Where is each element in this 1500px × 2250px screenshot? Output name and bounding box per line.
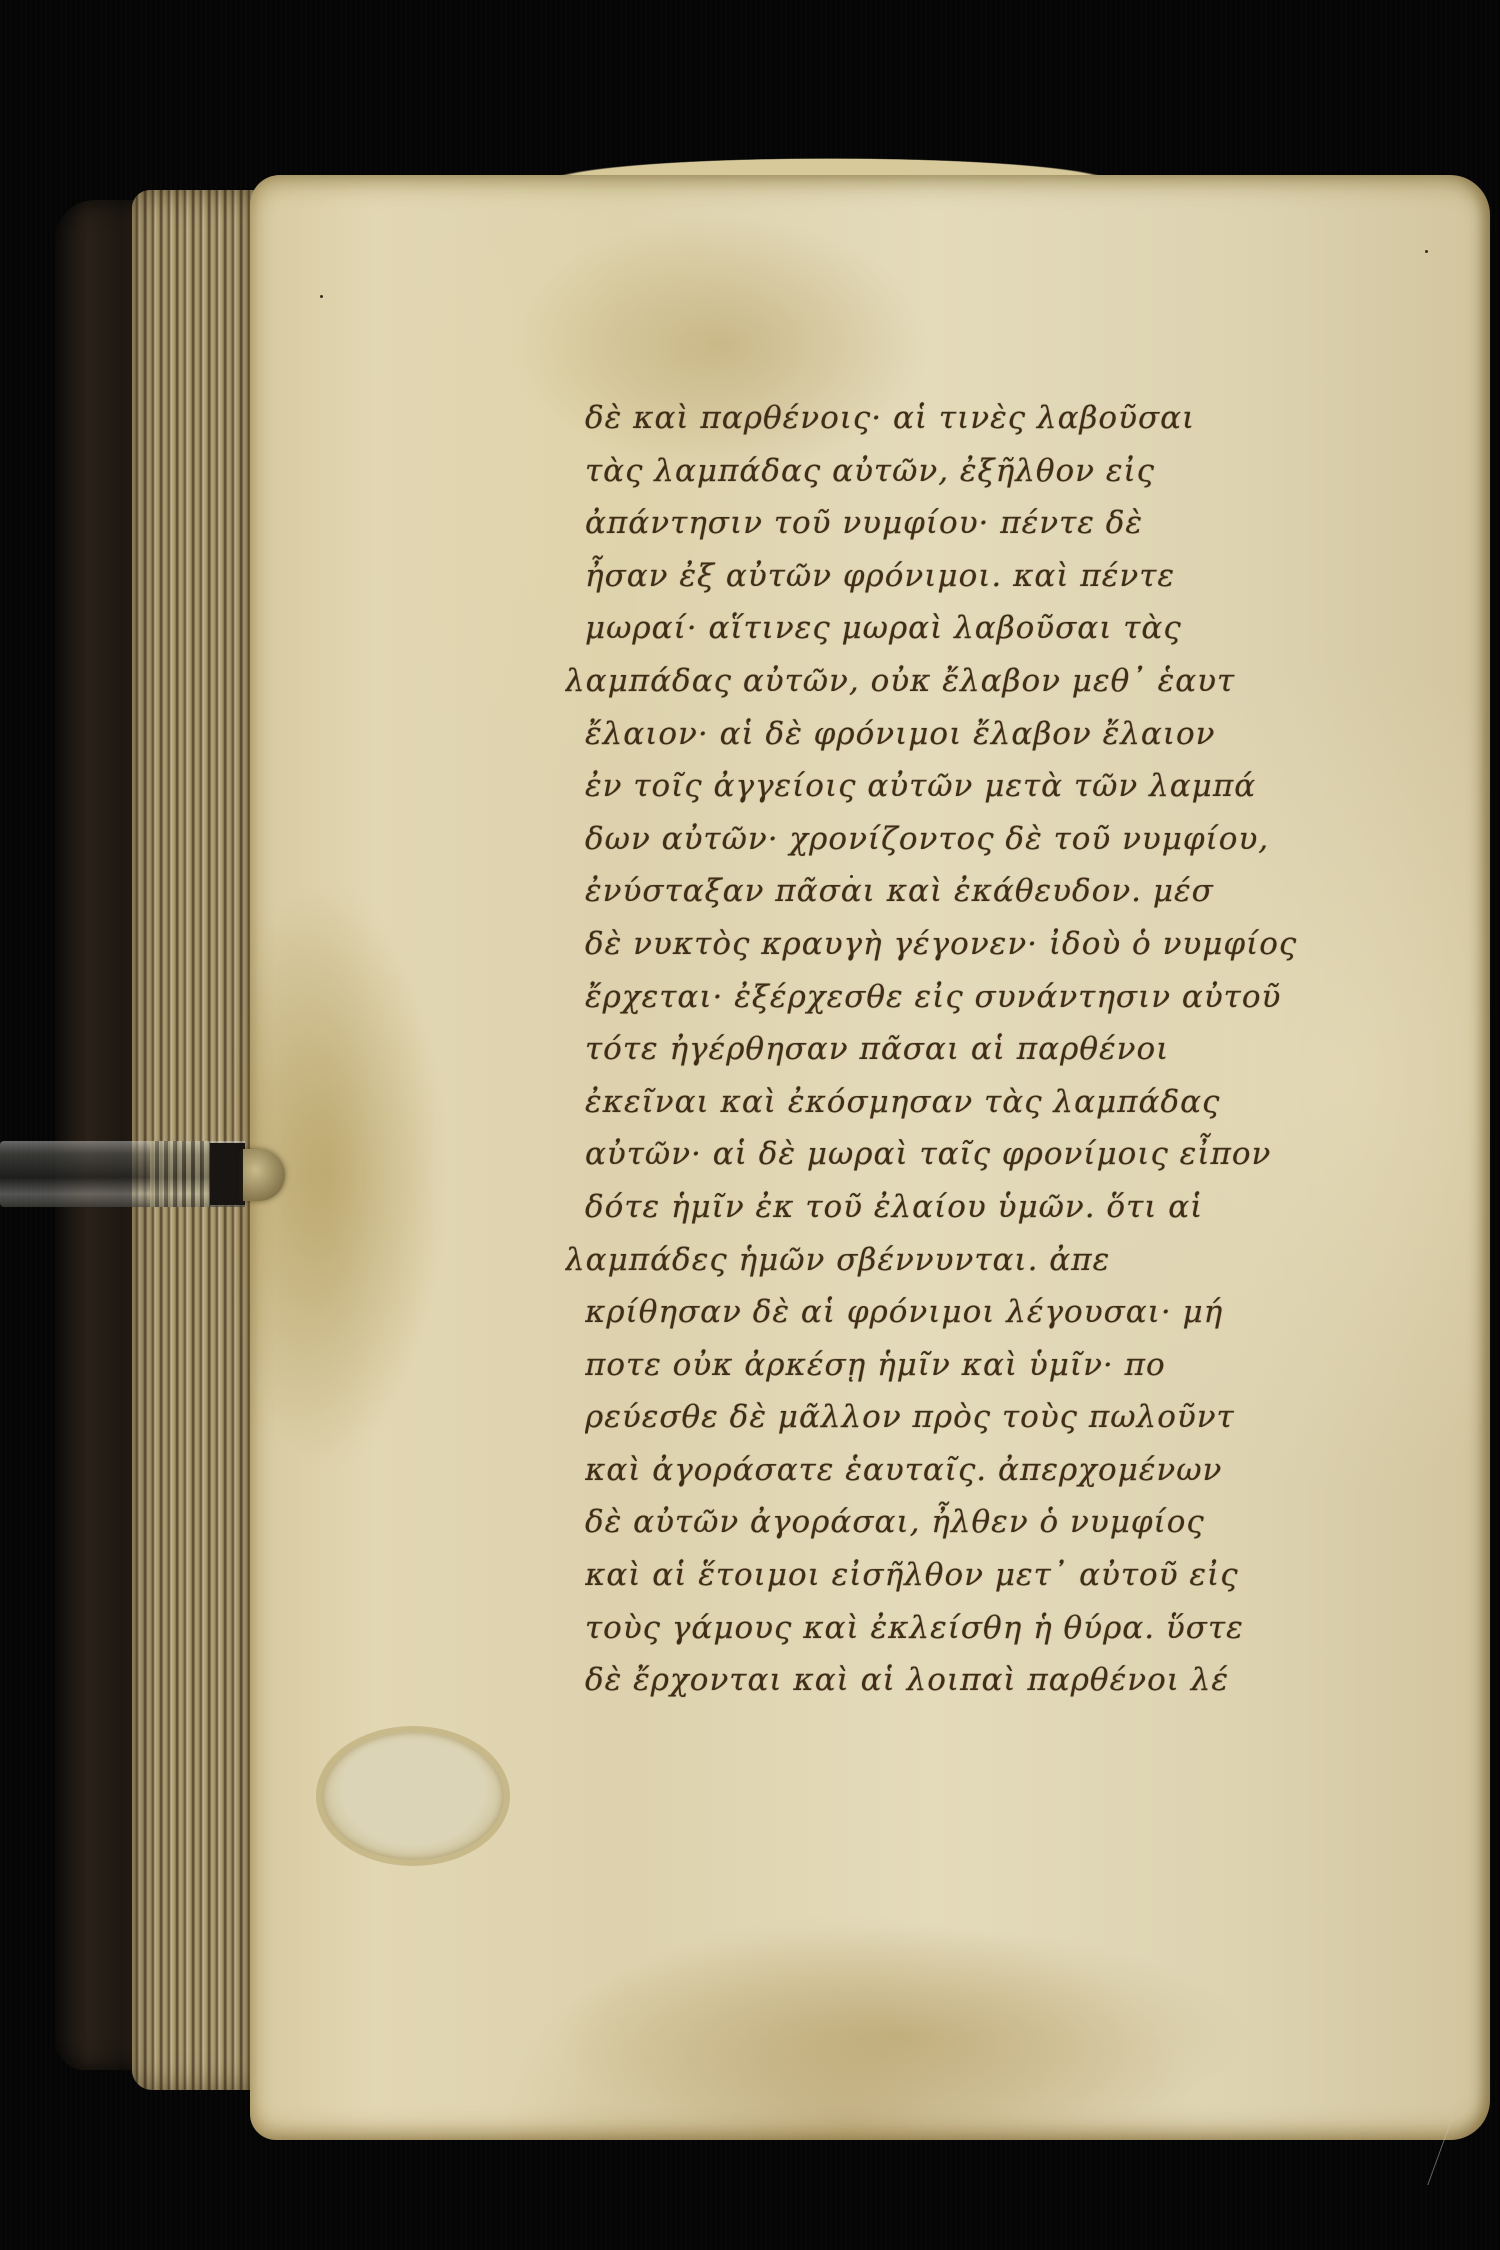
glass-rod-tip — [243, 1149, 285, 1201]
text-line: δὲ αὐτῶν ἀγοράσαι, ἦλθεν ὁ νυμφίος — [585, 1496, 1490, 1549]
text-line: κρίθησαν δὲ αἱ φρόνιμοι λέγουσαι· μή — [585, 1286, 1490, 1339]
glass-rod-clip — [0, 1135, 285, 1211]
repaired-hole-patch — [322, 1732, 504, 1860]
text-line: δότε ἡμῖν ἐκ τοῦ ἐλαίου ὑμῶν. ὅτι αἱ — [585, 1181, 1490, 1234]
text-line: ἀπάντησιν τοῦ νυμφίου· πέντε δὲ — [585, 497, 1490, 550]
text-line: ἐκεῖναι καὶ ἐκόσμησαν τὰς λαμπάδας — [585, 1076, 1490, 1129]
text-line: μωραί· αἵτινες μωραὶ λαβοῦσαι τὰς — [585, 602, 1490, 655]
glass-rod-band — [210, 1143, 245, 1205]
text-line: ἐνύσταξαν πᾶσαι καὶ ἐκάθευδον. μέσ — [585, 865, 1490, 918]
text-line: τὰς λαμπάδας αὐτῶν, ἐξῆλθον εἰς — [585, 445, 1490, 498]
text-line: ἔλαιον· αἱ δὲ φρόνιμοι ἔλαβον ἔλαιον — [585, 708, 1490, 761]
text-line: ρεύεσθε δὲ μᾶλλον πρὸς τοὺς πωλοῦντ — [585, 1391, 1490, 1444]
text-line: αὐτῶν· αἱ δὲ μωραὶ ταῖς φρονίμοις εἶπον — [585, 1128, 1490, 1181]
text-line: ποτε οὐκ ἀρκέσῃ ἡμῖν καὶ ὑμῖν· πο — [585, 1339, 1490, 1392]
text-line: τοὺς γάμους καὶ ἐκλείσθη ἡ θύρα. ὕστε — [585, 1602, 1490, 1655]
text-line: λαμπάδας αὐτῶν, οὐκ ἔλαβον μεθ᾽ ἑαυτ — [565, 655, 1490, 708]
ink-fleck — [1425, 250, 1428, 253]
text-line: καὶ αἱ ἕτοιμοι εἰσῆλθον μετ᾽ αὐτοῦ εἰς — [585, 1549, 1490, 1602]
glass-rod-rings — [150, 1141, 210, 1207]
text-line: ἐν τοῖς ἀγγείοις αὐτῶν μετὰ τῶν λαμπά — [585, 760, 1490, 813]
text-line: δὲ νυκτὸς κραυγὴ γέγονεν· ἰδοὺ ὁ νυμφίος — [585, 918, 1490, 971]
text-line: λαμπάδες ἡμῶν σβέννυνται. ἀπε — [565, 1234, 1490, 1287]
water-stain — [550, 1925, 1250, 2145]
text-line: ἔρχεται· ἐξέρχεσθε εἰς συνάντησιν αὐτοῦ — [585, 971, 1490, 1024]
text-line: καὶ ἀγοράσατε ἑαυταῖς. ἀπερχομένων — [585, 1444, 1490, 1497]
text-line: ἦσαν ἐξ αὐτῶν φρόνιμοι. καὶ πέντε — [585, 550, 1490, 603]
ink-fleck — [320, 295, 323, 298]
text-line: δων αὐτῶν· χρονίζοντος δὲ τοῦ νυμφίου, — [585, 813, 1490, 866]
text-line: δὲ ἔρχονται καὶ αἱ λοιπαὶ παρθένοι λέ — [585, 1654, 1490, 1707]
manuscript-text-block: δὲ καὶ παρθένοις· αἱ τινὲς λαβοῦσαι τὰς … — [585, 392, 1490, 1707]
text-line: δὲ καὶ παρθένοις· αἱ τινὲς λαβοῦσαι — [585, 392, 1490, 445]
text-line: τότε ἠγέρθησαν πᾶσαι αἱ παρθένοι — [585, 1023, 1490, 1076]
